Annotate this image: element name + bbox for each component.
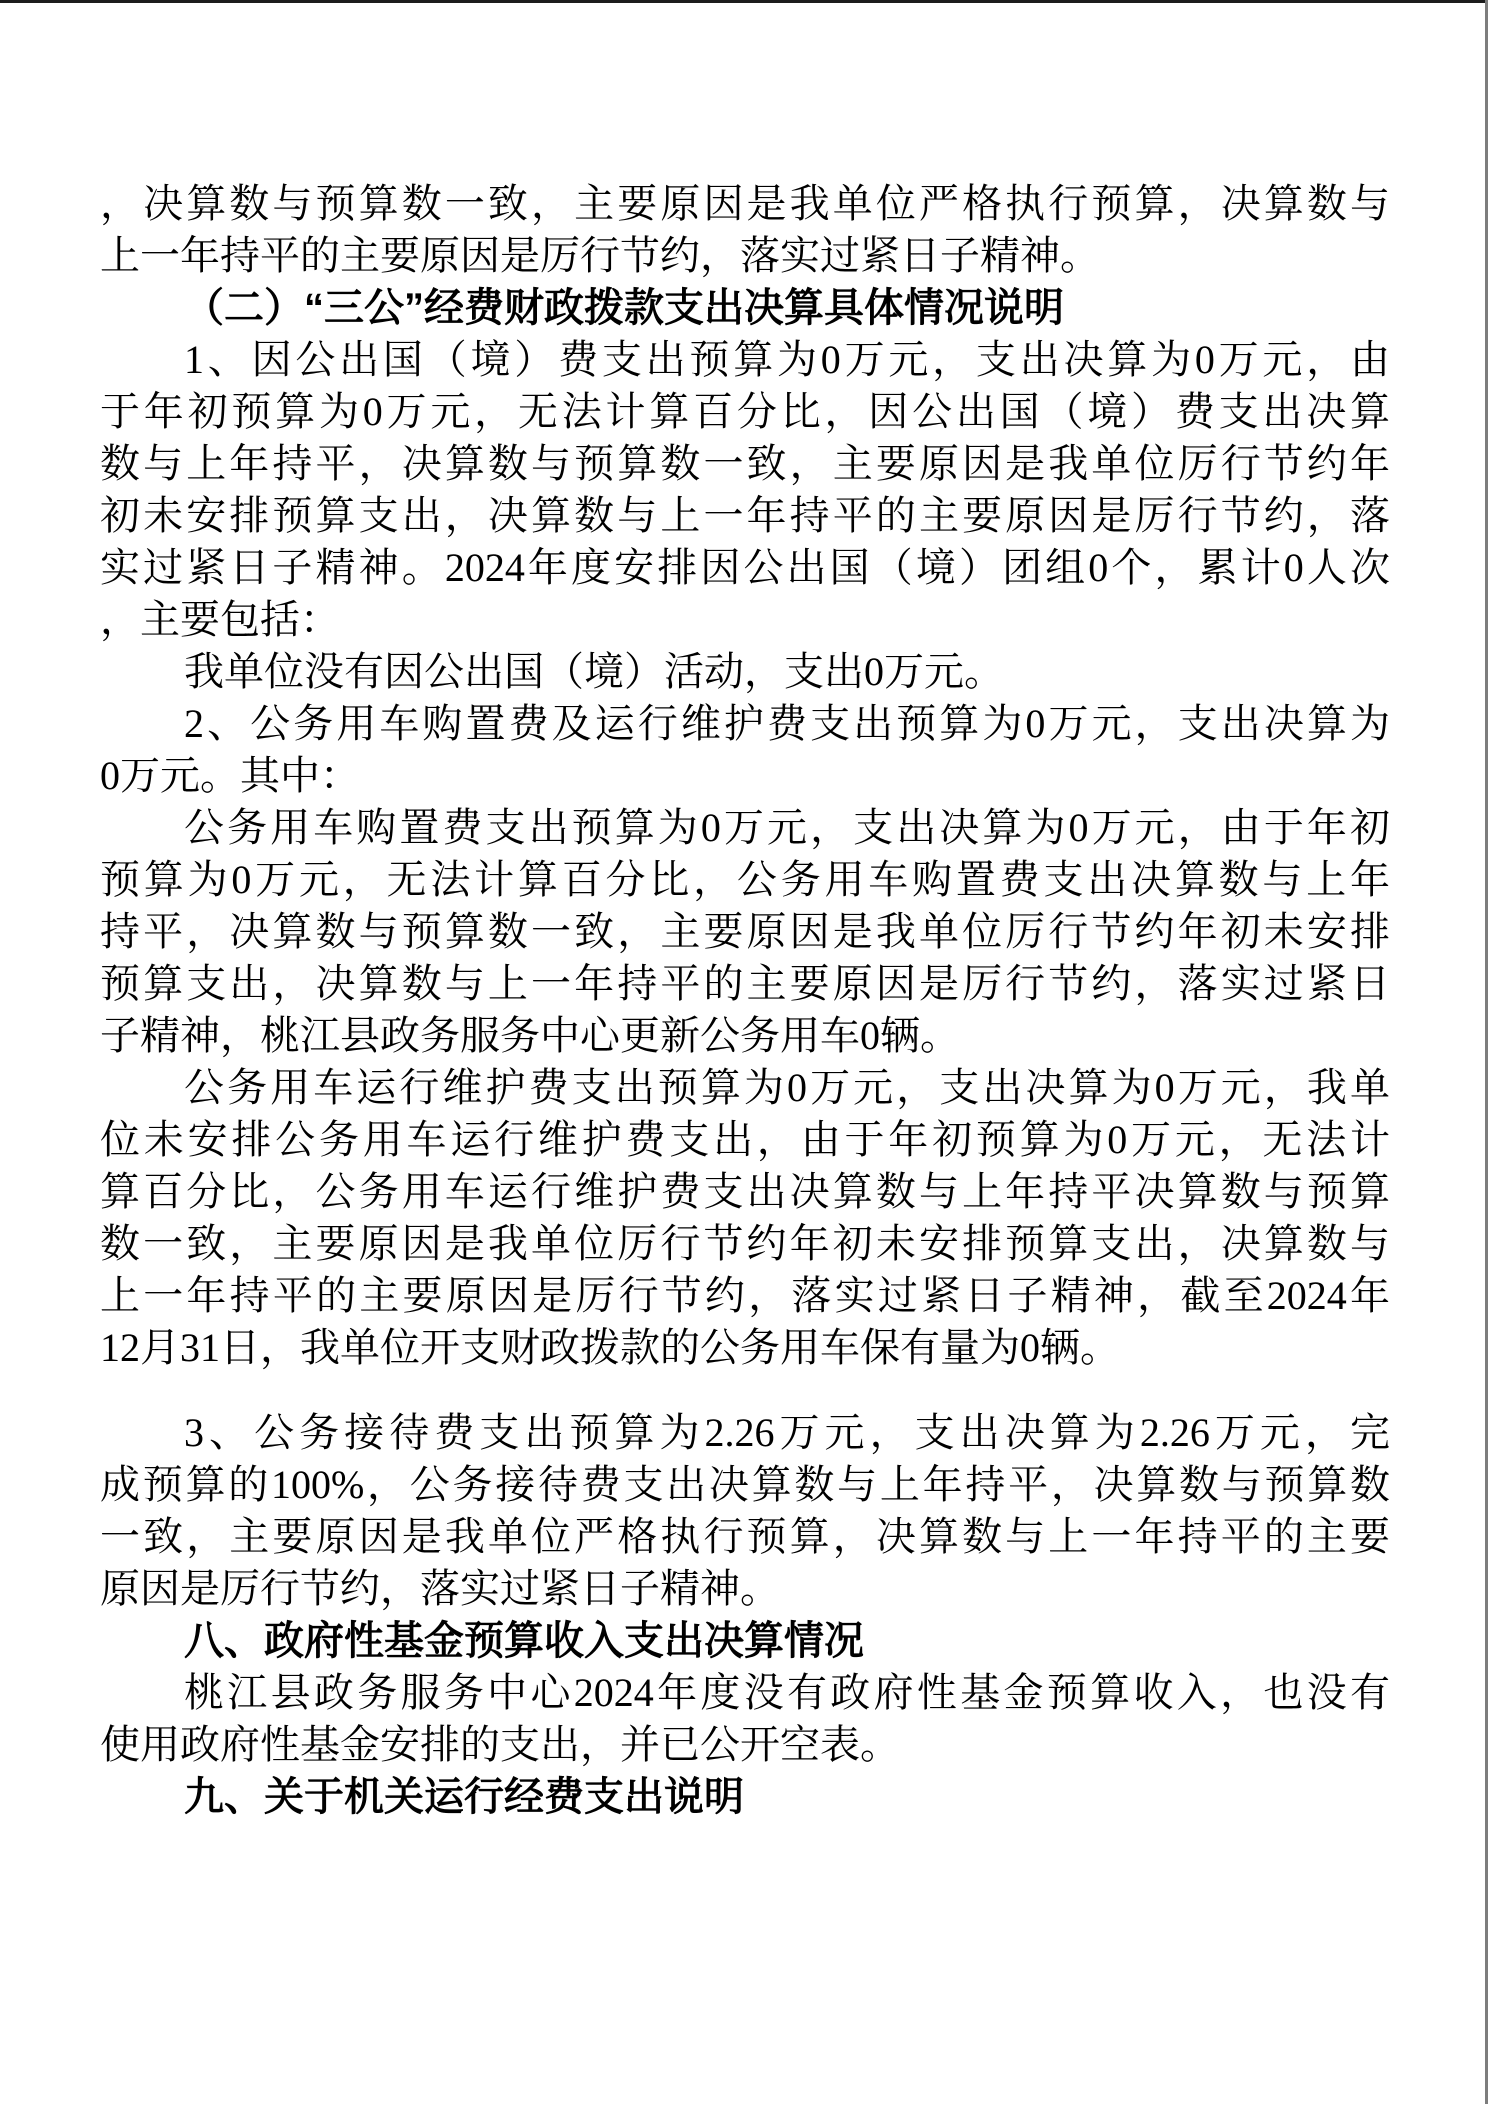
text-line: 数与上年持平，决算数与预算数一致，主要原因是我单位厉行节约年 (100, 438, 1390, 490)
text-line: 桃江县政务服务中心2024年度没有政府性基金预算收入，也没有 (100, 1667, 1390, 1719)
text-line: ，主要包括： (100, 594, 1390, 646)
document-body: ，决算数与预算数一致，主要原因是我单位严格执行预算，决算数与上一年持平的主要原因… (100, 178, 1390, 1823)
text-line: 一致，主要原因是我单位严格执行预算，决算数与上一年持平的主要 (100, 1511, 1390, 1563)
text-line: 数一致，主要原因是我单位厉行节约年初未安排预算支出，决算数与 (100, 1218, 1390, 1270)
text-line: 持平，决算数与预算数一致，主要原因是我单位厉行节约年初未安排 (100, 906, 1390, 958)
text-line: 初未安排预算支出，决算数与上一年持平的主要原因是厉行节约，落 (100, 490, 1390, 542)
text-line: 预算为0万元，无法计算百分比，公务用车购置费支出决算数与上年 (100, 854, 1390, 906)
text-line: 子精神，桃江县政务服务中心更新公务用车0辆。 (100, 1010, 1390, 1062)
text-line: 上一年持平的主要原因是厉行节约，落实过紧日子精神。 (100, 230, 1390, 282)
text-line: 算百分比，公务用车运行维护费支出决算数与上年持平决算数与预算 (100, 1166, 1390, 1218)
text-line: 1、因公出国（境）费支出预算为0万元，支出决算为0万元，由 (100, 334, 1390, 386)
section-heading-line: （二）“三公”经费财政拨款支出决算具体情况说明 (100, 282, 1390, 334)
text-line: 上一年持平的主要原因是厉行节约，落实过紧日子精神，截至2024年 (100, 1270, 1390, 1322)
text-line: 成预算的100%，公务接待费支出决算数与上年持平，决算数与预算数 (100, 1459, 1390, 1511)
text-line: 实过紧日子精神。2024年度安排因公出国（境）团组0个，累计0人次 (100, 542, 1390, 594)
page-top-border-line (0, 0, 1488, 3)
text-line: 位未安排公务用车运行维护费支出，由于年初预算为0万元，无法计 (100, 1114, 1390, 1166)
text-line: 2、公务用车购置费及运行维护费支出预算为0万元，支出决算为 (100, 698, 1390, 750)
text-line: 公务用车运行维护费支出预算为0万元，支出决算为0万元，我单 (100, 1062, 1390, 1114)
text-line: 公务用车购置费支出预算为0万元，支出决算为0万元，由于年初 (100, 802, 1390, 854)
text-line: 原因是厉行节约，落实过紧日子精神。 (100, 1563, 1390, 1615)
text-line: 3、公务接待费支出预算为2.26万元，支出决算为2.26万元，完 (100, 1407, 1390, 1459)
text-line: 预算支出，决算数与上一年持平的主要原因是厉行节约，落实过紧日 (100, 958, 1390, 1010)
text-line: ，决算数与预算数一致，主要原因是我单位严格执行预算，决算数与 (100, 178, 1390, 230)
text-line: 于年初预算为0万元，无法计算百分比，因公出国（境）费支出决算 (100, 386, 1390, 438)
text-line: 12月31日，我单位开支财政拨款的公务用车保有量为0辆。 (100, 1322, 1390, 1374)
text-line: 使用政府性基金安排的支出，并已公开空表。 (100, 1719, 1390, 1771)
section-heading-line: 九、关于机关运行经费支出说明 (100, 1771, 1390, 1823)
text-line: 我单位没有因公出国（境）活动，支出0万元。 (100, 646, 1390, 698)
text-line: 0万元。其中： (100, 750, 1390, 802)
section-heading-line: 八、政府性基金预算收入支出决算情况 (100, 1615, 1390, 1667)
document-page: ，决算数与预算数一致，主要原因是我单位严格执行预算，决算数与上一年持平的主要原因… (0, 0, 1488, 2104)
